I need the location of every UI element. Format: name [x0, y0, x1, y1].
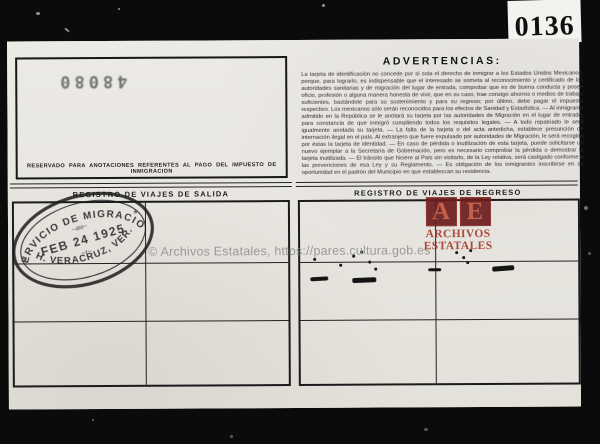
double-rule-right — [296, 181, 578, 187]
identity-card: 48080 RESERVADO PARA ANOTACIONES REFEREN… — [7, 39, 581, 410]
table-cell — [301, 320, 438, 384]
stamped-serial-number: 48080 — [56, 71, 127, 91]
ink-smudge — [466, 261, 469, 264]
table-cell — [15, 322, 147, 386]
table-cell — [437, 320, 579, 384]
double-rule-left — [10, 182, 292, 188]
dust-speck — [588, 252, 591, 255]
logo-letter-e: E — [459, 197, 490, 226]
dust-speck — [92, 419, 94, 421]
ink-smudge — [374, 268, 377, 271]
frame-number-label: 0136 — [507, 0, 581, 44]
logo-wordmark: ARCHIVOS ESTATALES — [422, 228, 494, 252]
table-cell — [146, 321, 289, 385]
logo-squares: A E — [422, 197, 494, 226]
ink-smudge — [368, 261, 371, 264]
advertencias-section: ADVERTENCIAS: La tarjeta de identificaci… — [301, 54, 584, 176]
ink-smudge — [339, 264, 342, 267]
logo-word-archivos: ARCHIVOS — [422, 228, 494, 240]
logo-letter-a: A — [425, 197, 456, 226]
dust-speck — [584, 206, 588, 210]
logo-word-estatales: ESTATALES — [422, 240, 494, 252]
ink-smudge — [462, 256, 465, 259]
dust-speck — [64, 27, 70, 32]
advertencias-title: ADVERTENCIAS: — [301, 54, 583, 67]
table-cell — [300, 262, 437, 321]
dust-speck — [322, 4, 325, 7]
archive-watermark-text: © Archivos Estatales, https://pares.cult… — [148, 243, 431, 258]
table-cell — [146, 263, 289, 322]
ink-smudge — [428, 268, 441, 271]
dust-speck — [118, 8, 120, 10]
scanned-photo-frame: 0136 48080 RESERVADO PARA ANOTACIONES RE… — [0, 0, 600, 444]
dust-speck — [424, 428, 428, 431]
dust-speck — [230, 435, 233, 438]
advertencias-body: La tarjeta de identificación no concede … — [301, 70, 584, 176]
dust-speck — [36, 12, 40, 15]
archivos-estatales-logo: A E ARCHIVOS ESTATALES — [422, 197, 494, 252]
ink-smudge — [313, 258, 316, 261]
reserved-annotations-box: 48080 RESERVADO PARA ANOTACIONES REFEREN… — [15, 56, 288, 179]
frame-number: 0136 — [514, 12, 575, 42]
ink-smudge — [352, 277, 376, 283]
reserved-box-caption: RESERVADO PARA ANOTACIONES REFERENTES AL… — [18, 162, 286, 175]
